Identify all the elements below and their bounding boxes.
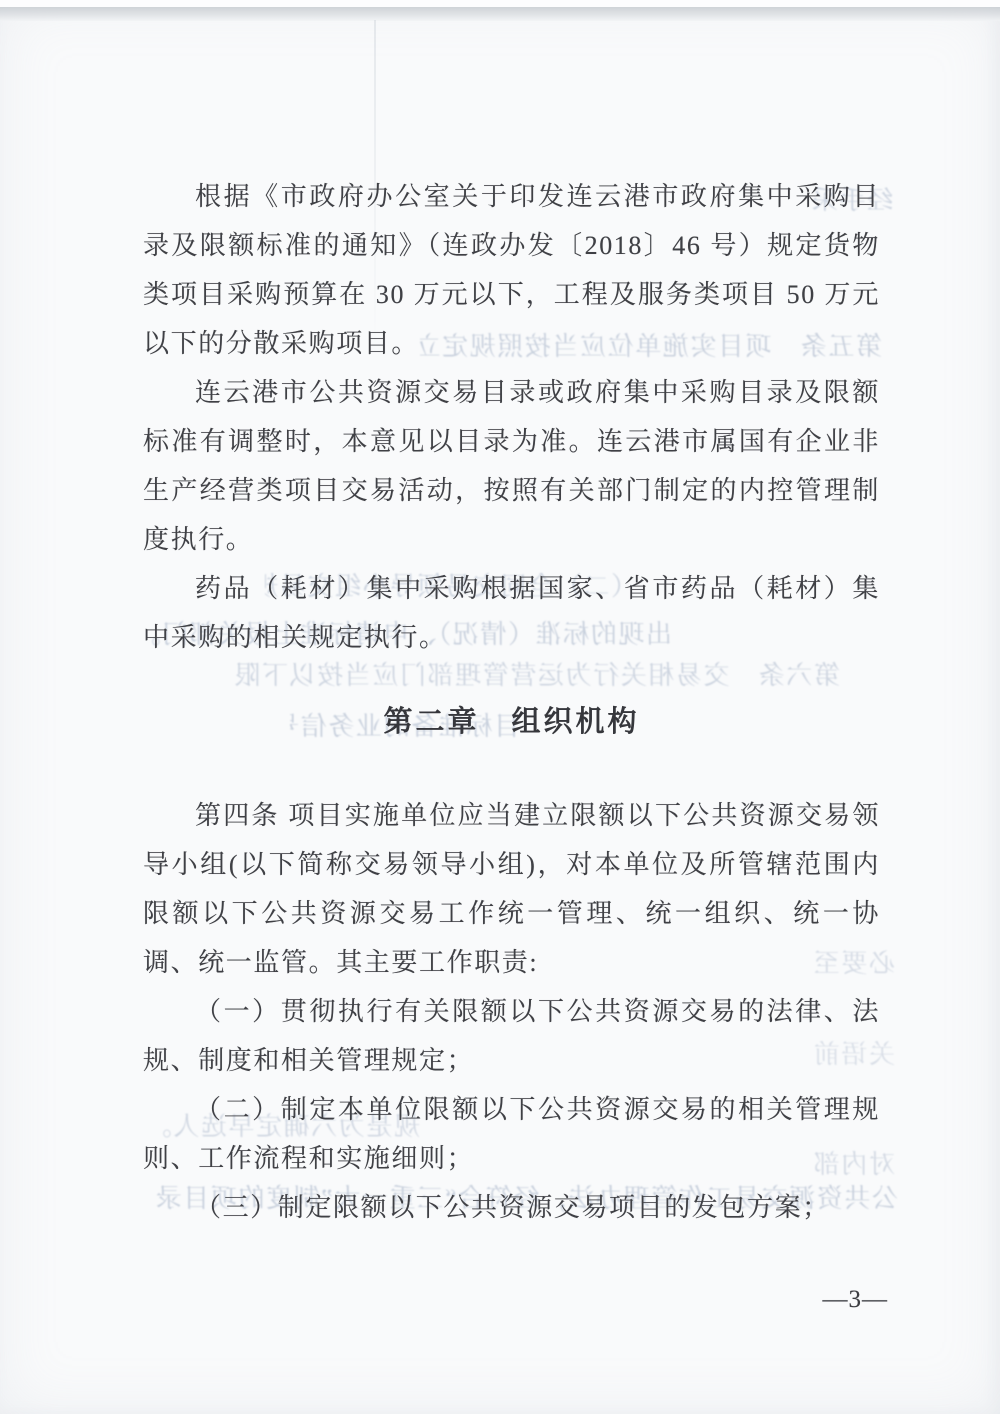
chapter-heading: 第二章 组织机构 [143, 698, 880, 747]
document-body: 根据《市政府办公室关于印发连云港市政府集中采购目录及限额标准的通知》（连政办发〔… [143, 172, 880, 1232]
list-item: （二）制定本单位限额以下公共资源交易的相关管理规则、工作流程和实施细则； [143, 1085, 880, 1183]
paragraph: 连云港市公共资源交易目录或政府集中采购目录及限额标准有调整时，本意见以目录为准。… [143, 368, 880, 564]
page-number: —3— [823, 1286, 889, 1314]
list-item: （三）制定限额以下公共资源交易项目的发包方案； [143, 1183, 880, 1232]
scan-edge-shadow [0, 7, 1000, 21]
list-item: （一）贯彻执行有关限额以下公共资源交易的法律、法规、制度和相关管理规定； [143, 987, 880, 1085]
scanned-document-page: 经手采 第五条 项目实施单位应当按照规定立项 等件，视察 （二）全同交易领导小组… [0, 0, 1000, 1414]
scan-edge-strip [0, 0, 1000, 7]
paragraph: 药品（耗材）集中采购根据国家、省市药品（耗材）集中采购的相关规定执行。 [143, 564, 880, 662]
paragraph: 根据《市政府办公室关于印发连云港市政府集中采购目录及限额标准的通知》（连政办发〔… [143, 172, 880, 368]
paragraph: 第四条 项目实施单位应当建立限额以下公共资源交易领导小组(以下简称交易领导小组)… [143, 791, 880, 987]
